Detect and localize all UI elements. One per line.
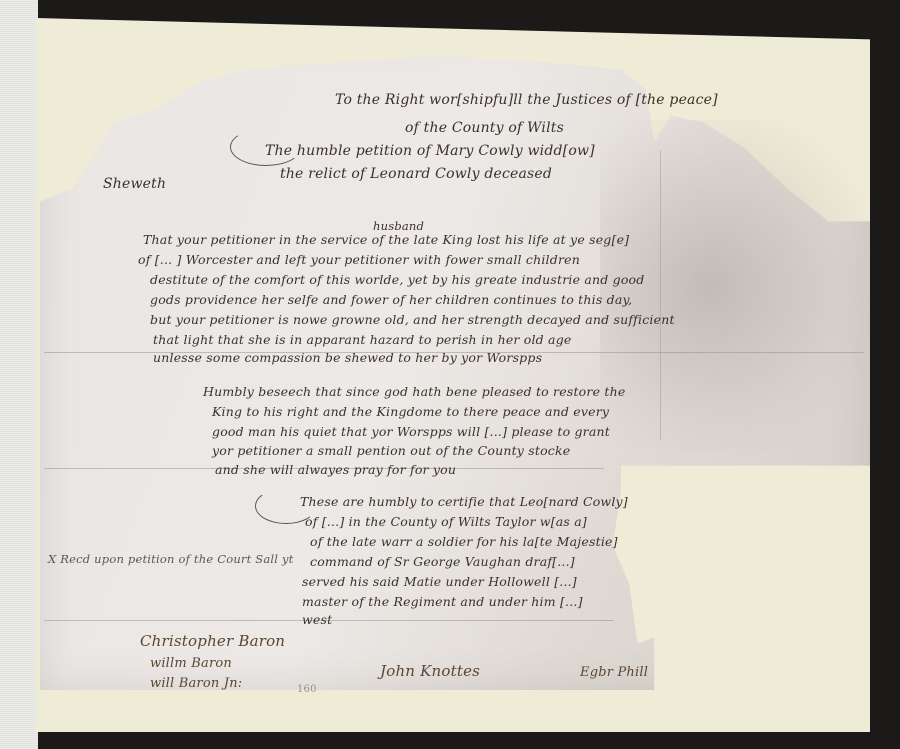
signature-willm-baron: willm Baron xyxy=(150,656,232,671)
certificate-line: of [...] in the County of Wilts Taylor w… xyxy=(305,514,587,529)
address-line-2: of the County of Wilts xyxy=(405,120,564,136)
certificate-line: served his said Matie under Hollowell [.… xyxy=(302,574,577,589)
interlinear-insert: husband xyxy=(373,219,424,233)
certificate-line: west xyxy=(302,612,332,627)
binding-cloth xyxy=(0,0,38,749)
body-line: that light that she is in apparant hazar… xyxy=(153,332,572,347)
sheweth-label: Sheweth xyxy=(103,176,166,192)
prayer-line: King to his right and the Kingdome to th… xyxy=(212,404,609,419)
body-line: destitute of the comfort of this worlde,… xyxy=(150,272,644,287)
prayer-line: Humbly beseech that since god hath bene … xyxy=(203,384,625,399)
certificate-line: master of the Regiment and under him [..… xyxy=(302,594,583,609)
body-line: but your petitioner is nowe growne old, … xyxy=(150,312,675,327)
heading-line-1: The humble petition of Mary Cowly widd[o… xyxy=(265,143,595,159)
address-line-1: To the Right wor[shipfu]ll the Justices … xyxy=(335,92,718,108)
signature-will-baron-jn: will Baron Jn: xyxy=(150,676,242,691)
heading-line-2: the relict of Leonard Cowly deceased xyxy=(280,166,552,182)
prayer-line: good man his quiet that yor Worspps will… xyxy=(212,424,610,439)
prayer-line: yor petitioner a small pention out of th… xyxy=(212,443,570,458)
certificate-line: of the late warr a soldier for his la[te… xyxy=(310,534,618,549)
body-line: gods providence her selfe and fower of h… xyxy=(150,292,632,307)
body-line: of [... ] Worcester and left your petiti… xyxy=(138,252,580,267)
signature-john-knottes: John Knottes xyxy=(380,662,480,680)
fold-line-vertical xyxy=(660,150,661,440)
signature-egbr-phill: Egbr Phill xyxy=(580,665,648,680)
certificate-line: These are humbly to certifie that Leo[na… xyxy=(300,494,628,509)
prayer-line: and she will alwayes pray for for you xyxy=(215,462,456,477)
signature-christopher-baron: Christopher Baron xyxy=(140,632,285,650)
folio-number: 160 xyxy=(297,684,317,695)
body-line: That your petitioner in the service of t… xyxy=(143,232,629,247)
body-line: unlesse some compassion be shewed to her… xyxy=(153,350,542,365)
certificate-line: command of Sr George Vaughan draf[...] xyxy=(310,554,575,569)
margin-note: X Recd upon petition of the Court Sall y… xyxy=(48,552,294,566)
